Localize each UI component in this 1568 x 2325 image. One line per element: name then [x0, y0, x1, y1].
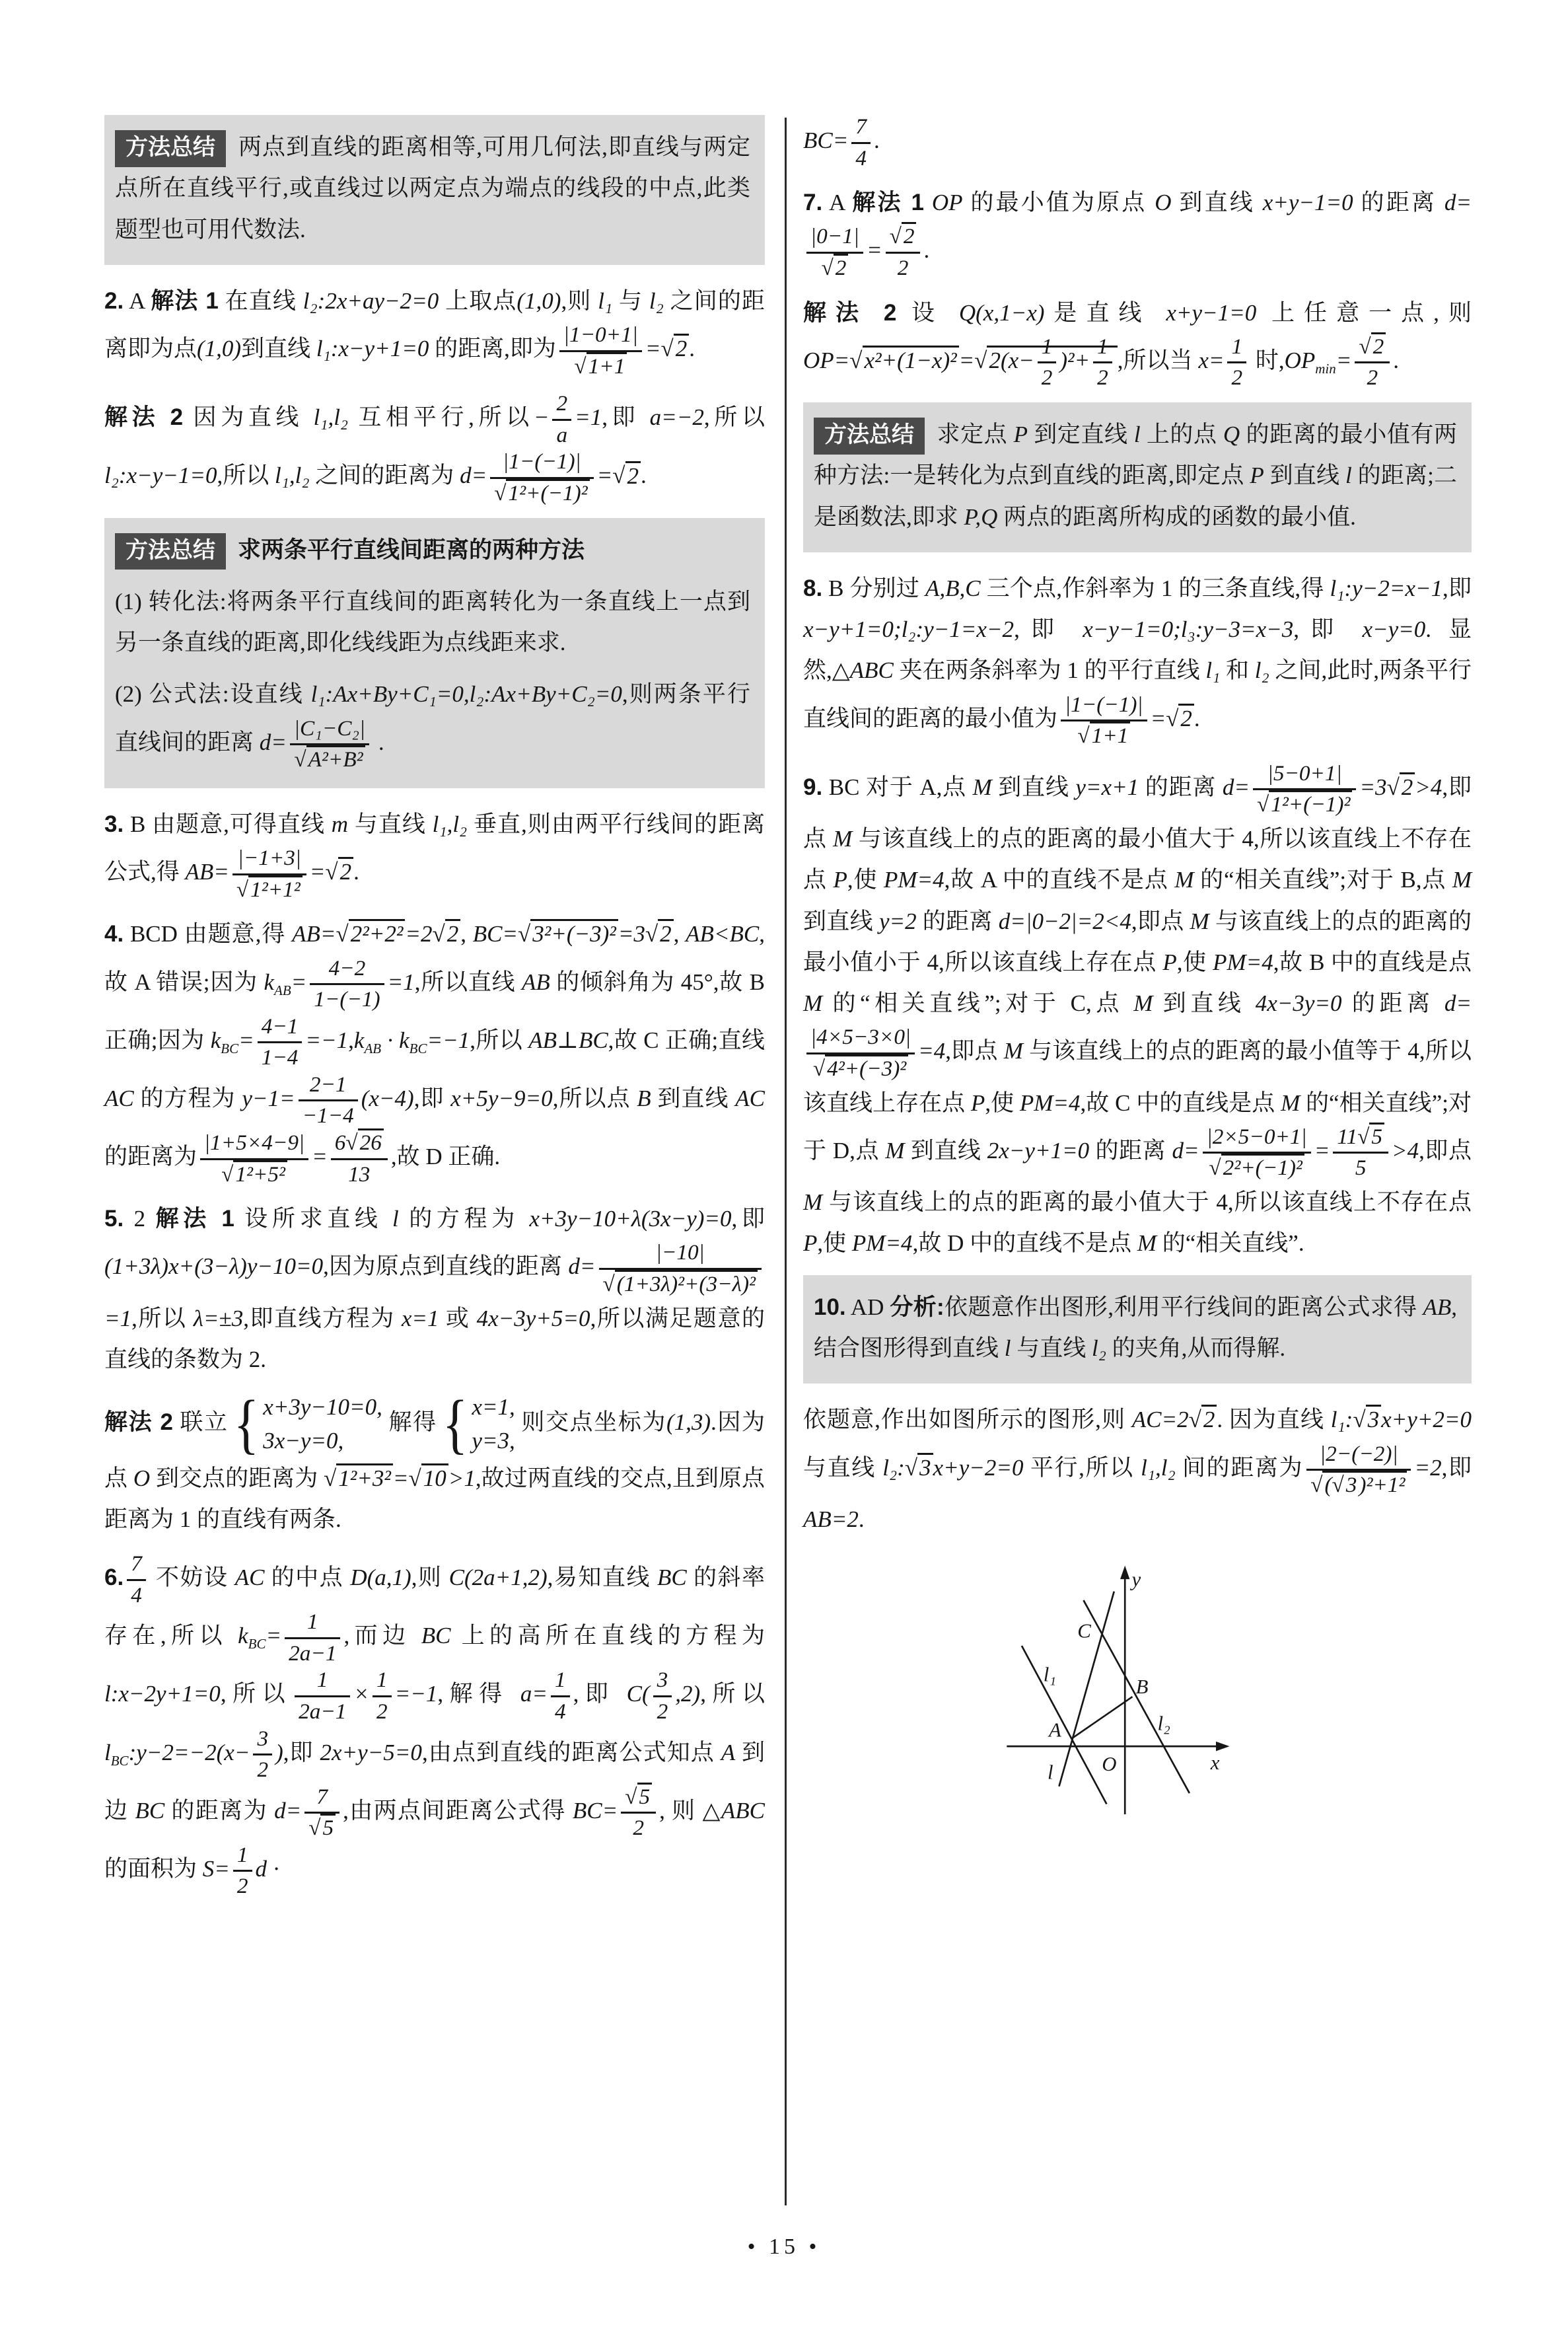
radical-sign: √ [822, 256, 834, 280]
text-run: ,所以直线 [415, 969, 522, 995]
paragraph: 6.74 不妨设 AC 的中点 D(a,1),则 C(2a+1,2),易知直线 … [104, 1551, 765, 1900]
math-run: M [1137, 1230, 1157, 1256]
math-run: d= [1444, 190, 1472, 215]
math-run: m [332, 811, 348, 837]
radical-body: (√3)²+1² [1322, 1471, 1407, 1497]
fraction: 32 [253, 1726, 272, 1784]
math-run: (1,0) [197, 336, 241, 361]
text-run: 与直线 [348, 811, 433, 837]
math-run: 2 [1231, 365, 1242, 390]
math-run: a [556, 423, 567, 447]
segment-AB [1071, 1697, 1133, 1739]
radical-body: 2 [1400, 772, 1415, 800]
text-run: ,所以当 [1118, 348, 1199, 373]
text-run: 的“相关直线”;对于 C,点 [822, 990, 1133, 1016]
math-run: S= [203, 1856, 230, 1882]
fraction-numerator: |1+5×4−9| [200, 1130, 308, 1160]
text-run: 不妨设 [149, 1565, 235, 1590]
math-run: P [1162, 949, 1176, 975]
text-run: 到直线 [803, 908, 879, 934]
fraction: |5−0+1|√1²+(−1)² [1253, 760, 1356, 819]
fraction-numerator: 3 [653, 1667, 672, 1697]
radical-sign: √ [1189, 1407, 1201, 1432]
text-run: 则交点坐标为 [520, 1409, 666, 1435]
fraction-numerator: |1−(−1)| [490, 449, 593, 479]
fraction-numerator: 1 [1038, 334, 1057, 364]
math-run: BC [421, 1623, 451, 1648]
fraction: |−1+3|√1²+1² [232, 845, 306, 903]
math-run: l₁:y−2=x−1 [1330, 575, 1443, 601]
paragraph: 4. BCD 由题意,得 AB=√2²+2²=2√2, BC=√3²+(−3)²… [104, 914, 765, 1188]
radical: √5 [308, 1814, 336, 1840]
math-run: 2−1 [310, 1072, 347, 1097]
math-run: A,B,C [925, 575, 981, 601]
fraction-denominator: √(1+3λ)²+(3−λ)² [599, 1270, 762, 1298]
summary-box-paragraph: 10. AD 分析:依题意作出图形,利用平行线间的距离公式求得 AB,结合图形得… [814, 1287, 1457, 1370]
math-run: = [1151, 706, 1166, 731]
math-run: 4−1 [262, 1014, 299, 1039]
text-run: , [674, 921, 686, 947]
label-y: y [1129, 1568, 1141, 1590]
radical: √2 [325, 857, 353, 885]
radical: √2 [890, 222, 917, 248]
paragraph: 解法 2 因为直线 l₁,l₂ 互相平行,所以−2a=1,即 a=−2,所以 l… [104, 390, 765, 507]
math-run: OP [932, 190, 963, 215]
radical-body: 1²+(−1)² [506, 479, 589, 505]
math-run: )²+ [1059, 348, 1090, 373]
fraction: |2−(−2)|√(√3)²+1² [1306, 1441, 1411, 1499]
math-run: = [393, 1465, 409, 1491]
math-run: P [1014, 422, 1028, 447]
fraction-numerator: |0−1| [806, 223, 863, 254]
math-run: 2x+y−5=0 [320, 1740, 422, 1765]
radical-sign: √ [324, 1465, 336, 1491]
bold-label: 7. [803, 190, 822, 215]
math-run: 4 [855, 146, 867, 170]
math-run: AC [735, 1086, 765, 1111]
fraction: 32 [653, 1667, 672, 1725]
math-run: 4x−3y=0 [1256, 990, 1342, 1016]
text-run: 的最小值为原点 [963, 190, 1155, 215]
math-run: x+y−2=0 [933, 1455, 1024, 1481]
text-run: 依题意作出图形,利用平行线间的距离公式求得 [944, 1294, 1423, 1320]
text-run: 两点的距离所构成的函数的最小值. [997, 504, 1356, 530]
math-run: 11 [1337, 1125, 1357, 1149]
text-run: 到直线 [904, 1138, 987, 1163]
radical-body: (1+3λ)²+(3−λ)² [615, 1270, 758, 1296]
fraction-denominator: √1²+1² [232, 875, 306, 904]
fraction: 12a−1 [285, 1609, 340, 1667]
math-run: 1 [317, 1668, 328, 1692]
fraction-denominator: 2 [886, 254, 921, 282]
radical: √3 [1353, 1405, 1381, 1432]
math-run: Q [1223, 422, 1240, 447]
text-run: ,即点 [945, 1039, 1004, 1064]
math-run: l [1005, 1335, 1011, 1361]
fraction-denominator: √A²+B² [290, 745, 369, 774]
bold-label: 9. [803, 774, 822, 800]
math-run: 2 [1042, 365, 1053, 390]
math-run: AB [1423, 1294, 1452, 1320]
paragraph: 2. A 解法 1 在直线 l₂:2x+ay−2=0 上取点(1,0),则 l₁… [104, 281, 765, 380]
text-run: 求定点 [937, 422, 1014, 447]
math-run: = [312, 1144, 328, 1169]
text-run: 到直线 [1153, 990, 1255, 1016]
radical-sign: √ [494, 481, 506, 505]
math-run: 3x−y=0, [263, 1428, 343, 1454]
fraction-denominator: 4 [851, 144, 871, 172]
math-run: y−1= [242, 1086, 295, 1111]
radical-body: 4²+(−3)² [825, 1054, 908, 1081]
text-run: ,所以 [704, 404, 765, 430]
math-run: AB⊥BC [528, 1027, 608, 1053]
radical-sign: √ [1387, 774, 1400, 800]
fraction: 7√5 [304, 1784, 339, 1842]
bold-label: 2. [104, 288, 124, 314]
fraction: 74 [127, 1551, 146, 1609]
radical: √2²+2² [336, 919, 406, 947]
fraction-denominator: 2 [253, 1755, 272, 1784]
math-run: 2a−1 [289, 1641, 336, 1666]
text-run: . [1393, 348, 1399, 373]
text-run: 上取点 [439, 288, 517, 314]
fraction: 12 [373, 1667, 392, 1725]
method-summary-badge: 方法总结 [814, 418, 925, 455]
math-run: :y−2=−2(x− [129, 1740, 250, 1765]
radical-body: 1²+(−1)² [1269, 790, 1352, 817]
fraction: 2a [552, 390, 571, 449]
text-run: BCD 由题意,得 [124, 921, 292, 947]
math-run: |5−0+1| [1267, 761, 1342, 786]
math-run: >4 [1392, 1138, 1419, 1163]
label-c: C [1077, 1620, 1091, 1642]
radical-sign: √ [308, 1816, 320, 1840]
label-x: x [1210, 1752, 1220, 1774]
text-run: ,所以 [470, 1027, 528, 1053]
text-run: ,即 [573, 1681, 627, 1707]
radical-sign: √ [645, 921, 658, 947]
text-run: ,使 [985, 1090, 1020, 1116]
math-run: = [291, 969, 307, 995]
math-run: x=1, [472, 1394, 515, 1420]
math-run: l₁:x−y+1=0 [316, 336, 429, 361]
text-run: ,因为原点到直线的距离 [323, 1253, 568, 1279]
text-run: . [641, 463, 647, 489]
radical-sign: √ [1166, 706, 1178, 731]
bold-label: 解法 2 [104, 1409, 173, 1435]
fraction-numerator: 6√26 [331, 1130, 388, 1160]
subscript: BC [221, 1041, 238, 1056]
text-run: . 因为直线 [1217, 1407, 1330, 1432]
text-run: ,所以 [700, 1681, 765, 1707]
fraction-numerator: √2 [1355, 334, 1390, 364]
math-run: x+5y−9=0 [450, 1086, 552, 1111]
text-run: 与该直线上的点的距离的最小值大于 4,所以该直线上不存在点 [822, 1189, 1472, 1215]
radical: √2 [1359, 332, 1386, 359]
radical-sign: √ [221, 1162, 233, 1187]
math-run: 2 [1097, 365, 1108, 390]
text-run: 上的高所在直线的方程为 [450, 1623, 765, 1648]
x-axis-arrow [1216, 1742, 1230, 1751]
math-run: |4×5−3×0| [810, 1025, 911, 1049]
radical: √2(x−12)²+12 [974, 346, 1118, 373]
fraction-numerator: 1 [285, 1609, 340, 1639]
math-run: △ABC [703, 1798, 765, 1824]
radical: √3 [905, 1453, 933, 1481]
subscript: min [1315, 361, 1336, 377]
math-run: △ABC [832, 657, 894, 683]
fraction-denominator: 2a−1 [295, 1697, 350, 1726]
math-run: |1−(−1)| [503, 449, 581, 474]
text-run: 2 [124, 1206, 155, 1232]
fraction: 12 [1038, 334, 1057, 392]
radical: √(√3)²+1² [1310, 1471, 1407, 1497]
text-run: 到直线 [992, 774, 1076, 800]
fraction: 74 [851, 114, 871, 172]
cases-row: y=3, [472, 1424, 515, 1458]
math-run: l₁,l₂ [314, 404, 349, 430]
text-run: 到直线 [651, 1086, 736, 1111]
fraction-numerator: |−10| [599, 1239, 762, 1270]
radical: √2 [432, 919, 460, 947]
radical-sign: √ [345, 1130, 357, 1155]
radical: √4²+(−3)² [813, 1054, 908, 1081]
radical-sign: √ [236, 877, 248, 902]
math-run: (1, [666, 1409, 692, 1435]
text-run: 的距离为 [164, 1798, 274, 1824]
bold-label: 分析: [890, 1294, 944, 1320]
fraction: |4×5−3×0|√4²+(−3)² [806, 1024, 915, 1082]
radical: √10 [409, 1463, 448, 1491]
bold-label: 8. [803, 575, 822, 601]
math-run: D(a,1) [350, 1565, 411, 1590]
fraction: √52 [621, 1784, 656, 1842]
text-run: . [874, 128, 880, 153]
radical-body: 1+1 [1090, 721, 1131, 748]
math-run: M [885, 1138, 904, 1163]
math-run: BC= [573, 1798, 618, 1824]
right-column: BC=74.7. A 解法 1 OP 的最小值为原点 O 到直线 x+y−1=0… [803, 114, 1472, 1816]
text-run: , [348, 1027, 354, 1053]
text-run: 和 [1220, 657, 1255, 683]
fraction-numerator: 1 [1093, 334, 1112, 364]
text-run: 互相平行,所以 [348, 404, 534, 430]
math-run: l₁,l₂ [1141, 1455, 1176, 1481]
math-run: 2 [1367, 365, 1378, 390]
radical-body: 2 [1178, 704, 1194, 731]
math-run: l:x−2y+1=0 [104, 1681, 221, 1707]
cases-system: {x+3y−10=0,3x−y=0, [234, 1391, 382, 1458]
math-run: M [1133, 990, 1153, 1016]
text-run: 到定直线 [1028, 422, 1134, 447]
fraction: |0−1|√2 [806, 223, 863, 281]
math-run: l₂: [882, 1455, 905, 1481]
text-run: 与直线 [1011, 1335, 1092, 1361]
math-run: x−y=0 [1362, 616, 1425, 642]
paragraph: 解法 2 联立{x+3y−10=0,3x−y=0,解得{x=1,y=3,则交点坐… [104, 1391, 765, 1540]
math-run: |−1+3| [238, 846, 301, 870]
radical-body: 2 [445, 919, 461, 947]
math-run: 1 [1042, 334, 1053, 359]
text-run: ,故 D 正确. [391, 1144, 500, 1169]
math-run: 1−4 [262, 1045, 299, 1070]
text-run: ,则 [561, 288, 598, 314]
math-run: Q(x,1−x) [959, 300, 1045, 326]
text-run: 的距离为 [104, 1144, 197, 1169]
radical-body: x²+(1−x)² [863, 346, 959, 373]
text-run: ,即 [1443, 575, 1472, 601]
cases-row: x=1, [472, 1391, 515, 1424]
math-run: 6 [335, 1130, 346, 1155]
radical-body: 3²+(−3)² [530, 919, 618, 947]
fraction: 12 [1227, 334, 1246, 392]
math-run: d= [1444, 990, 1472, 1016]
math-run: 4 [555, 1699, 566, 1724]
text-run: 之间的距离为 [310, 463, 460, 489]
math-run: PM=4 [852, 1230, 913, 1256]
radical-body: 2 [674, 334, 690, 361]
left-brace: { [234, 1391, 260, 1458]
paragraph: 3. B 由题意,可得直线 m 与直线 l₁,l₂ 垂直,则由两平行线间的距离公… [104, 804, 765, 903]
fraction-numerator: |2−(−2)| [1306, 1441, 1411, 1471]
text-run: 到直线 [1172, 190, 1263, 215]
fraction-denominator: 1−4 [258, 1043, 303, 1072]
math-run: x+y−1=0 [1166, 300, 1256, 326]
math-run: 4−2 [329, 956, 366, 980]
text-run: 到直线 [1264, 462, 1345, 488]
fraction-denominator: 2 [621, 1814, 656, 1842]
text-run: ,所以点 [553, 1086, 637, 1111]
math-run: l [1345, 462, 1352, 488]
summary-box-title: 求两条平行直线间距离的两种方法 [238, 537, 585, 563]
radical-body: 3 [917, 1453, 933, 1481]
radical-sign: √ [1257, 792, 1269, 817]
math-run: (1,0) [517, 288, 561, 314]
math-run: l [1134, 422, 1141, 447]
math-run: d=|0−2|=2<4 [999, 908, 1131, 934]
math-run: · k [381, 1027, 410, 1053]
fraction: 12 [233, 1842, 252, 1900]
radical: √5 [625, 1783, 652, 1809]
text-run: ,即点 [1131, 908, 1190, 934]
text-run: 设所求直线 [234, 1206, 392, 1232]
text-run: 的距离 [1089, 1138, 1172, 1163]
text-run: ,而边 [343, 1623, 421, 1648]
text-run: ,故 C 正确;直线 [608, 1027, 765, 1053]
cases-row: 3x−y=0, [263, 1424, 382, 1458]
text-run: ,解得 [437, 1681, 520, 1707]
radical: √2 [1387, 772, 1415, 800]
math-run: x= [1198, 348, 1224, 373]
radical: √1+1 [1077, 721, 1130, 748]
math-run: 2(x− [989, 348, 1034, 373]
radical: √1²+(−1)² [494, 479, 589, 505]
text-run: ,所以 [131, 1306, 194, 1331]
math-run: =−1 [305, 1027, 348, 1053]
math-run: l [392, 1206, 399, 1232]
radical-body: A²+B² [306, 745, 365, 772]
text-run: ,即 [602, 404, 649, 430]
paragraph: 依题意,作出如图所示的图形,则 AC=2√2. 因为直线 l₁:√3x+y+2=… [803, 1399, 1472, 1540]
math-run: AC [104, 1086, 134, 1111]
fraction: 11√55 [1333, 1124, 1388, 1182]
text-run: ,即点 [1419, 1138, 1472, 1163]
math-run: x+y+2=0 [1381, 1407, 1472, 1432]
math-run: 3 [657, 1668, 668, 1692]
math-run: 1 [376, 1668, 388, 1692]
text-run: 的距离 [917, 908, 999, 934]
fraction-numerator: 2−1 [299, 1072, 358, 1102]
text-run: 夹在两条斜率为 1 的平行直线 [894, 657, 1206, 683]
math-run: P [1250, 462, 1264, 488]
text-run: 的方程为 [134, 1086, 242, 1111]
radical-sign: √ [661, 336, 674, 361]
math-run: P [971, 1090, 985, 1116]
math-run: k [354, 1027, 365, 1053]
math-run: y=2 [879, 908, 917, 934]
scanned-answer-page: 方法总结两点到直线的距离相等,可用几何法,即直线与两定点所在直线平行,或直线过以… [0, 0, 1568, 2325]
fraction-numerator: 1 [1227, 334, 1246, 364]
summary-box: 10. AD 分析:依题意作出图形,利用平行线间的距离公式求得 AB,结合图形得… [803, 1275, 1472, 1384]
fraction-denominator: √1+1 [559, 352, 642, 381]
fraction-numerator: |C₁−C₂| [290, 716, 369, 746]
math-run: l₂:x−y−1=0 [104, 463, 217, 489]
fraction-denominator: 4 [551, 1697, 570, 1726]
math-run: C(2a+1,2) [449, 1565, 548, 1590]
math-run: l₁ [1205, 657, 1220, 683]
math-run: λ=±3 [194, 1306, 244, 1331]
method-summary-badge: 方法总结 [115, 533, 226, 570]
math-run: |2×5−0+1| [1207, 1125, 1307, 1149]
math-run: M [1452, 867, 1472, 893]
math-run: >1 [448, 1465, 476, 1491]
radical-body: 2 [902, 222, 917, 248]
radical-body: 1²+1² [248, 875, 303, 902]
text-run: 的中点 [264, 1565, 350, 1590]
math-run: M [803, 990, 822, 1016]
math-run: |0−1| [810, 224, 859, 248]
fraction-denominator: √4²+(−3)² [806, 1054, 915, 1083]
math-run: M [833, 826, 852, 852]
math-run: l₁,l₂ [275, 463, 310, 489]
text-run: 到直线 [241, 336, 316, 361]
math-run: )²+1² [1359, 1473, 1405, 1497]
fraction-numerator: √2 [886, 223, 921, 254]
math-run: P [803, 1230, 817, 1256]
math-run: x+3y−10=0, [263, 1394, 382, 1420]
text-run: 的距离 [1353, 190, 1444, 215]
math-run: ) [275, 1740, 283, 1765]
math-run: 2x−y+1=0 [987, 1138, 1089, 1163]
fraction-numerator: 1 [233, 1842, 252, 1872]
math-run: O [1155, 190, 1171, 215]
math-run: x=1 [402, 1306, 439, 1331]
math-run: M [1190, 908, 1209, 934]
text-run: A [822, 190, 852, 215]
math-run: AB=2 [803, 1506, 859, 1532]
math-run: AB<BC [686, 921, 759, 947]
column-divider [785, 118, 787, 2205]
cases-system: {x=1,y=3, [443, 1391, 515, 1458]
radical-sign: √ [625, 1785, 637, 1809]
text-run: 平行,所以 [1023, 1455, 1141, 1481]
math-run: M [1174, 867, 1194, 893]
fraction-denominator: √1+1 [1061, 721, 1147, 750]
math-run: BC [135, 1798, 165, 1824]
radical-sign: √ [1077, 723, 1089, 748]
right-column-blocks: BC=74.7. A 解法 1 OP 的最小值为原点 O 到直线 x+y−1=0… [803, 114, 1472, 1540]
math-run: a=−2 [650, 404, 704, 430]
